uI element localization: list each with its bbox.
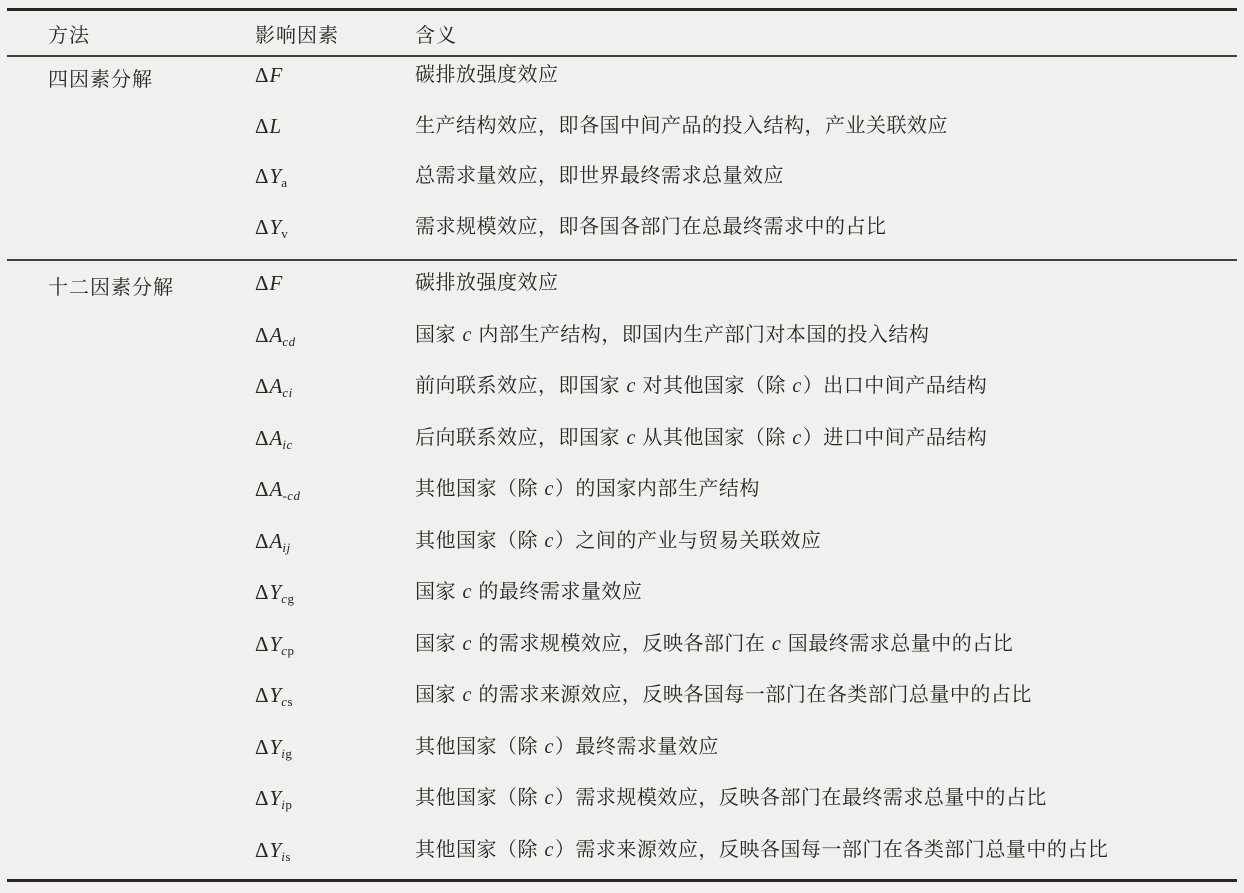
factor-cell: ΔYcs (255, 683, 415, 708)
delta-symbol: Δ (255, 632, 269, 656)
method-cell: 十二因素分解 (7, 271, 255, 300)
factor-cell: ΔAic (255, 426, 415, 451)
factor-symbol: ΔAic (255, 426, 293, 450)
factor-cell: ΔYv (255, 215, 415, 240)
factor-cell: ΔYcg (255, 580, 415, 605)
factor-base-letter: Y (269, 838, 282, 862)
delta-symbol: Δ (255, 323, 269, 347)
method-label: 十二因素分解 (48, 277, 174, 299)
meaning-text: 国家 c 的需求规模效应，反映各部门在 c 国最终需求总量中的占比 (415, 633, 1013, 655)
factor-symbol: ΔYv (255, 215, 288, 239)
factor-base-letter: A (269, 426, 283, 450)
table-row: 四因素分解ΔF碳排放强度效应 (7, 57, 1237, 108)
table-section: 十二因素分解ΔF碳排放强度效应ΔAcd国家 c 内部生产结构，即国内生产部门对本… (7, 259, 1237, 879)
factor-cell: ΔYa (255, 164, 415, 189)
factor-subscript: ig (281, 746, 292, 761)
factor-base-letter: Y (269, 215, 282, 239)
factor-symbol: ΔAij (255, 529, 291, 553)
factor-cell: ΔYip (255, 786, 415, 811)
delta-symbol: Δ (255, 63, 269, 87)
method-label: 四因素分解 (48, 69, 153, 91)
factor-subscript: ip (281, 797, 292, 812)
table-section: 四因素分解ΔF碳排放强度效应ΔL生产结构效应，即各国中间产品的投入结构，产业关联… (7, 57, 1237, 259)
factor-subscript: v (281, 226, 288, 241)
delta-symbol: Δ (255, 529, 269, 553)
header-factor: 影响因素 (255, 19, 415, 48)
meaning-text: 国家 c 的最终需求量效应 (415, 581, 642, 603)
factor-symbol: ΔYig (255, 735, 292, 759)
method-cell: 四因素分解 (7, 63, 255, 92)
factor-cell: ΔYcp (255, 632, 415, 657)
delta-symbol: Δ (255, 786, 269, 810)
factor-symbol: ΔYa (255, 164, 287, 188)
meaning-cell: 国家 c 的需求来源效应，反映各国每一部门在各类部门总量中的占比 (415, 683, 1237, 708)
meaning-text: 其他国家（除 c）最终需求量效应 (415, 736, 719, 758)
meaning-cell: 其他国家（除 c）的国家内部生产结构 (415, 477, 1237, 502)
delta-symbol: Δ (255, 838, 269, 862)
meaning-cell: 碳排放强度效应 (415, 271, 1237, 296)
meaning-text: 生产结构效应，即各国中间产品的投入结构，产业关联效应 (415, 115, 948, 137)
table-bottom-rule (7, 879, 1237, 882)
factor-cell: ΔF (255, 271, 415, 296)
meaning-text: 其他国家（除 c）之间的产业与贸易关联效应 (415, 530, 821, 552)
delta-symbol: Δ (255, 477, 269, 501)
table-row: ΔYcg国家 c 的最终需求量效应 (7, 570, 1237, 622)
meaning-text: 其他国家（除 c）需求来源效应，反映各国每一部门在各类部门总量中的占比 (415, 839, 1108, 861)
delta-symbol: Δ (255, 735, 269, 759)
meaning-cell: 前向联系效应，即国家 c 对其他国家（除 c）出口中间产品结构 (415, 374, 1237, 399)
delta-symbol: Δ (255, 580, 269, 604)
delta-symbol: Δ (255, 114, 269, 138)
delta-symbol: Δ (255, 215, 269, 239)
factor-subscript: ic (282, 437, 292, 452)
factor-symbol: ΔA-cd (255, 477, 300, 501)
factor-cell: ΔL (255, 114, 415, 139)
factor-symbol: ΔAci (255, 374, 293, 398)
factor-base-letter: Y (269, 683, 282, 707)
meaning-cell: 后向联系效应，即国家 c 从其他国家（除 c）进口中间产品结构 (415, 426, 1237, 451)
table-row: ΔYcp国家 c 的需求规模效应，反映各部门在 c 国最终需求总量中的占比 (7, 622, 1237, 674)
meaning-cell: 生产结构效应，即各国中间产品的投入结构，产业关联效应 (415, 114, 1237, 139)
meaning-cell: 其他国家（除 c）需求来源效应，反映各国每一部门在各类部门总量中的占比 (415, 838, 1237, 863)
meaning-cell: 其他国家（除 c）最终需求量效应 (415, 735, 1237, 760)
delta-symbol: Δ (255, 683, 269, 707)
meaning-text: 碳排放强度效应 (415, 64, 559, 86)
factor-symbol: ΔYcg (255, 580, 294, 604)
meaning-text: 前向联系效应，即国家 c 对其他国家（除 c）出口中间产品结构 (415, 375, 987, 397)
factor-base-letter: Y (269, 632, 282, 656)
factor-subscript: cs (281, 694, 293, 709)
factor-subscript: -cd (282, 488, 300, 503)
header-method: 方法 (7, 19, 255, 48)
delta-symbol: Δ (255, 374, 269, 398)
meaning-text: 其他国家（除 c）需求规模效应，反映各部门在最终需求总量中的占比 (415, 787, 1047, 809)
meaning-text: 国家 c 的需求来源效应，反映各国每一部门在各类部门总量中的占比 (415, 684, 1032, 706)
delta-symbol: Δ (255, 271, 269, 295)
factor-base-letter: Y (269, 735, 282, 759)
factor-symbol: ΔYip (255, 786, 292, 810)
factor-base-letter: A (269, 477, 283, 501)
meaning-text: 后向联系效应，即国家 c 从其他国家（除 c）进口中间产品结构 (415, 427, 987, 449)
factor-subscript: a (281, 175, 287, 190)
meaning-cell: 其他国家（除 c）需求规模效应，反映各部门在最终需求总量中的占比 (415, 786, 1237, 811)
factor-subscript: cg (281, 591, 294, 606)
meaning-text: 国家 c 内部生产结构，即国内生产部门对本国的投入结构 (415, 324, 929, 346)
meaning-cell: 国家 c 的需求规模效应，反映各部门在 c 国最终需求总量中的占比 (415, 632, 1237, 657)
factor-subscript: is (281, 849, 291, 864)
factor-base-letter: Y (269, 580, 282, 604)
table-row: 十二因素分解ΔF碳排放强度效应 (7, 261, 1237, 313)
factor-symbol: ΔL (255, 114, 281, 138)
table-row: ΔYig其他国家（除 c）最终需求量效应 (7, 725, 1237, 777)
factor-base-letter: Y (269, 164, 282, 188)
factor-base-letter: A (269, 374, 283, 398)
table-row: ΔYa总需求量效应，即世界最终需求总量效应 (7, 158, 1237, 209)
meaning-cell: 总需求量效应，即世界最终需求总量效应 (415, 164, 1237, 189)
table-row: ΔL生产结构效应，即各国中间产品的投入结构，产业关联效应 (7, 108, 1237, 159)
factor-symbol: ΔYcp (255, 632, 294, 656)
factor-cell: ΔAcd (255, 323, 415, 348)
table-row: ΔA-cd其他国家（除 c）的国家内部生产结构 (7, 467, 1237, 519)
meaning-cell: 碳排放强度效应 (415, 63, 1237, 88)
meaning-text: 碳排放强度效应 (415, 272, 559, 294)
table-row: ΔYv需求规模效应，即各国各部门在总最终需求中的占比 (7, 209, 1237, 260)
meaning-cell: 国家 c 的最终需求量效应 (415, 580, 1237, 605)
delta-symbol: Δ (255, 164, 269, 188)
table-row: ΔYcs国家 c 的需求来源效应，反映各国每一部门在各类部门总量中的占比 (7, 673, 1237, 725)
meaning-text: 需求规模效应，即各国各部门在总最终需求中的占比 (415, 216, 887, 238)
table-row: ΔAcd国家 c 内部生产结构，即国内生产部门对本国的投入结构 (7, 313, 1237, 365)
delta-symbol: Δ (255, 426, 269, 450)
factor-base-letter: F (269, 271, 283, 295)
table-row: ΔYip其他国家（除 c）需求规模效应，反映各部门在最终需求总量中的占比 (7, 776, 1237, 828)
table-body: 四因素分解ΔF碳排放强度效应ΔL生产结构效应，即各国中间产品的投入结构，产业关联… (7, 57, 1237, 879)
decomposition-factors-table: 方法 影响因素 含义 四因素分解ΔF碳排放强度效应ΔL生产结构效应，即各国中间产… (7, 8, 1237, 882)
factor-subscript: ij (282, 540, 290, 555)
factor-symbol: ΔF (255, 271, 282, 295)
factor-cell: ΔA-cd (255, 477, 415, 502)
factor-base-letter: A (269, 323, 283, 347)
table-header-row: 方法 影响因素 含义 (7, 11, 1237, 55)
meaning-cell: 国家 c 内部生产结构，即国内生产部门对本国的投入结构 (415, 323, 1237, 348)
table-row: ΔYis其他国家（除 c）需求来源效应，反映各国每一部门在各类部门总量中的占比 (7, 828, 1237, 880)
header-meaning: 含义 (415, 19, 1237, 48)
meaning-cell: 其他国家（除 c）之间的产业与贸易关联效应 (415, 529, 1237, 554)
table-row: ΔAij其他国家（除 c）之间的产业与贸易关联效应 (7, 519, 1237, 571)
table-row: ΔAci前向联系效应，即国家 c 对其他国家（除 c）出口中间产品结构 (7, 364, 1237, 416)
factor-subscript: cp (281, 643, 294, 658)
factor-cell: ΔYis (255, 838, 415, 863)
factor-base-letter: L (269, 114, 282, 138)
factor-base-letter: Y (269, 786, 282, 810)
factor-subscript: ci (282, 385, 292, 400)
factor-base-letter: F (269, 63, 283, 87)
meaning-text: 其他国家（除 c）的国家内部生产结构 (415, 478, 760, 500)
factor-symbol: ΔF (255, 63, 282, 87)
factor-cell: ΔAij (255, 529, 415, 554)
factor-cell: ΔYig (255, 735, 415, 760)
factor-subscript: cd (282, 334, 295, 349)
meaning-cell: 需求规模效应，即各国各部门在总最终需求中的占比 (415, 215, 1237, 240)
table-row: ΔAic后向联系效应，即国家 c 从其他国家（除 c）进口中间产品结构 (7, 416, 1237, 468)
factor-symbol: ΔYis (255, 838, 291, 862)
factor-symbol: ΔYcs (255, 683, 293, 707)
factor-cell: ΔAci (255, 374, 415, 399)
factor-cell: ΔF (255, 63, 415, 88)
factor-base-letter: A (269, 529, 283, 553)
meaning-text: 总需求量效应，即世界最终需求总量效应 (415, 165, 784, 187)
factor-symbol: ΔAcd (255, 323, 296, 347)
